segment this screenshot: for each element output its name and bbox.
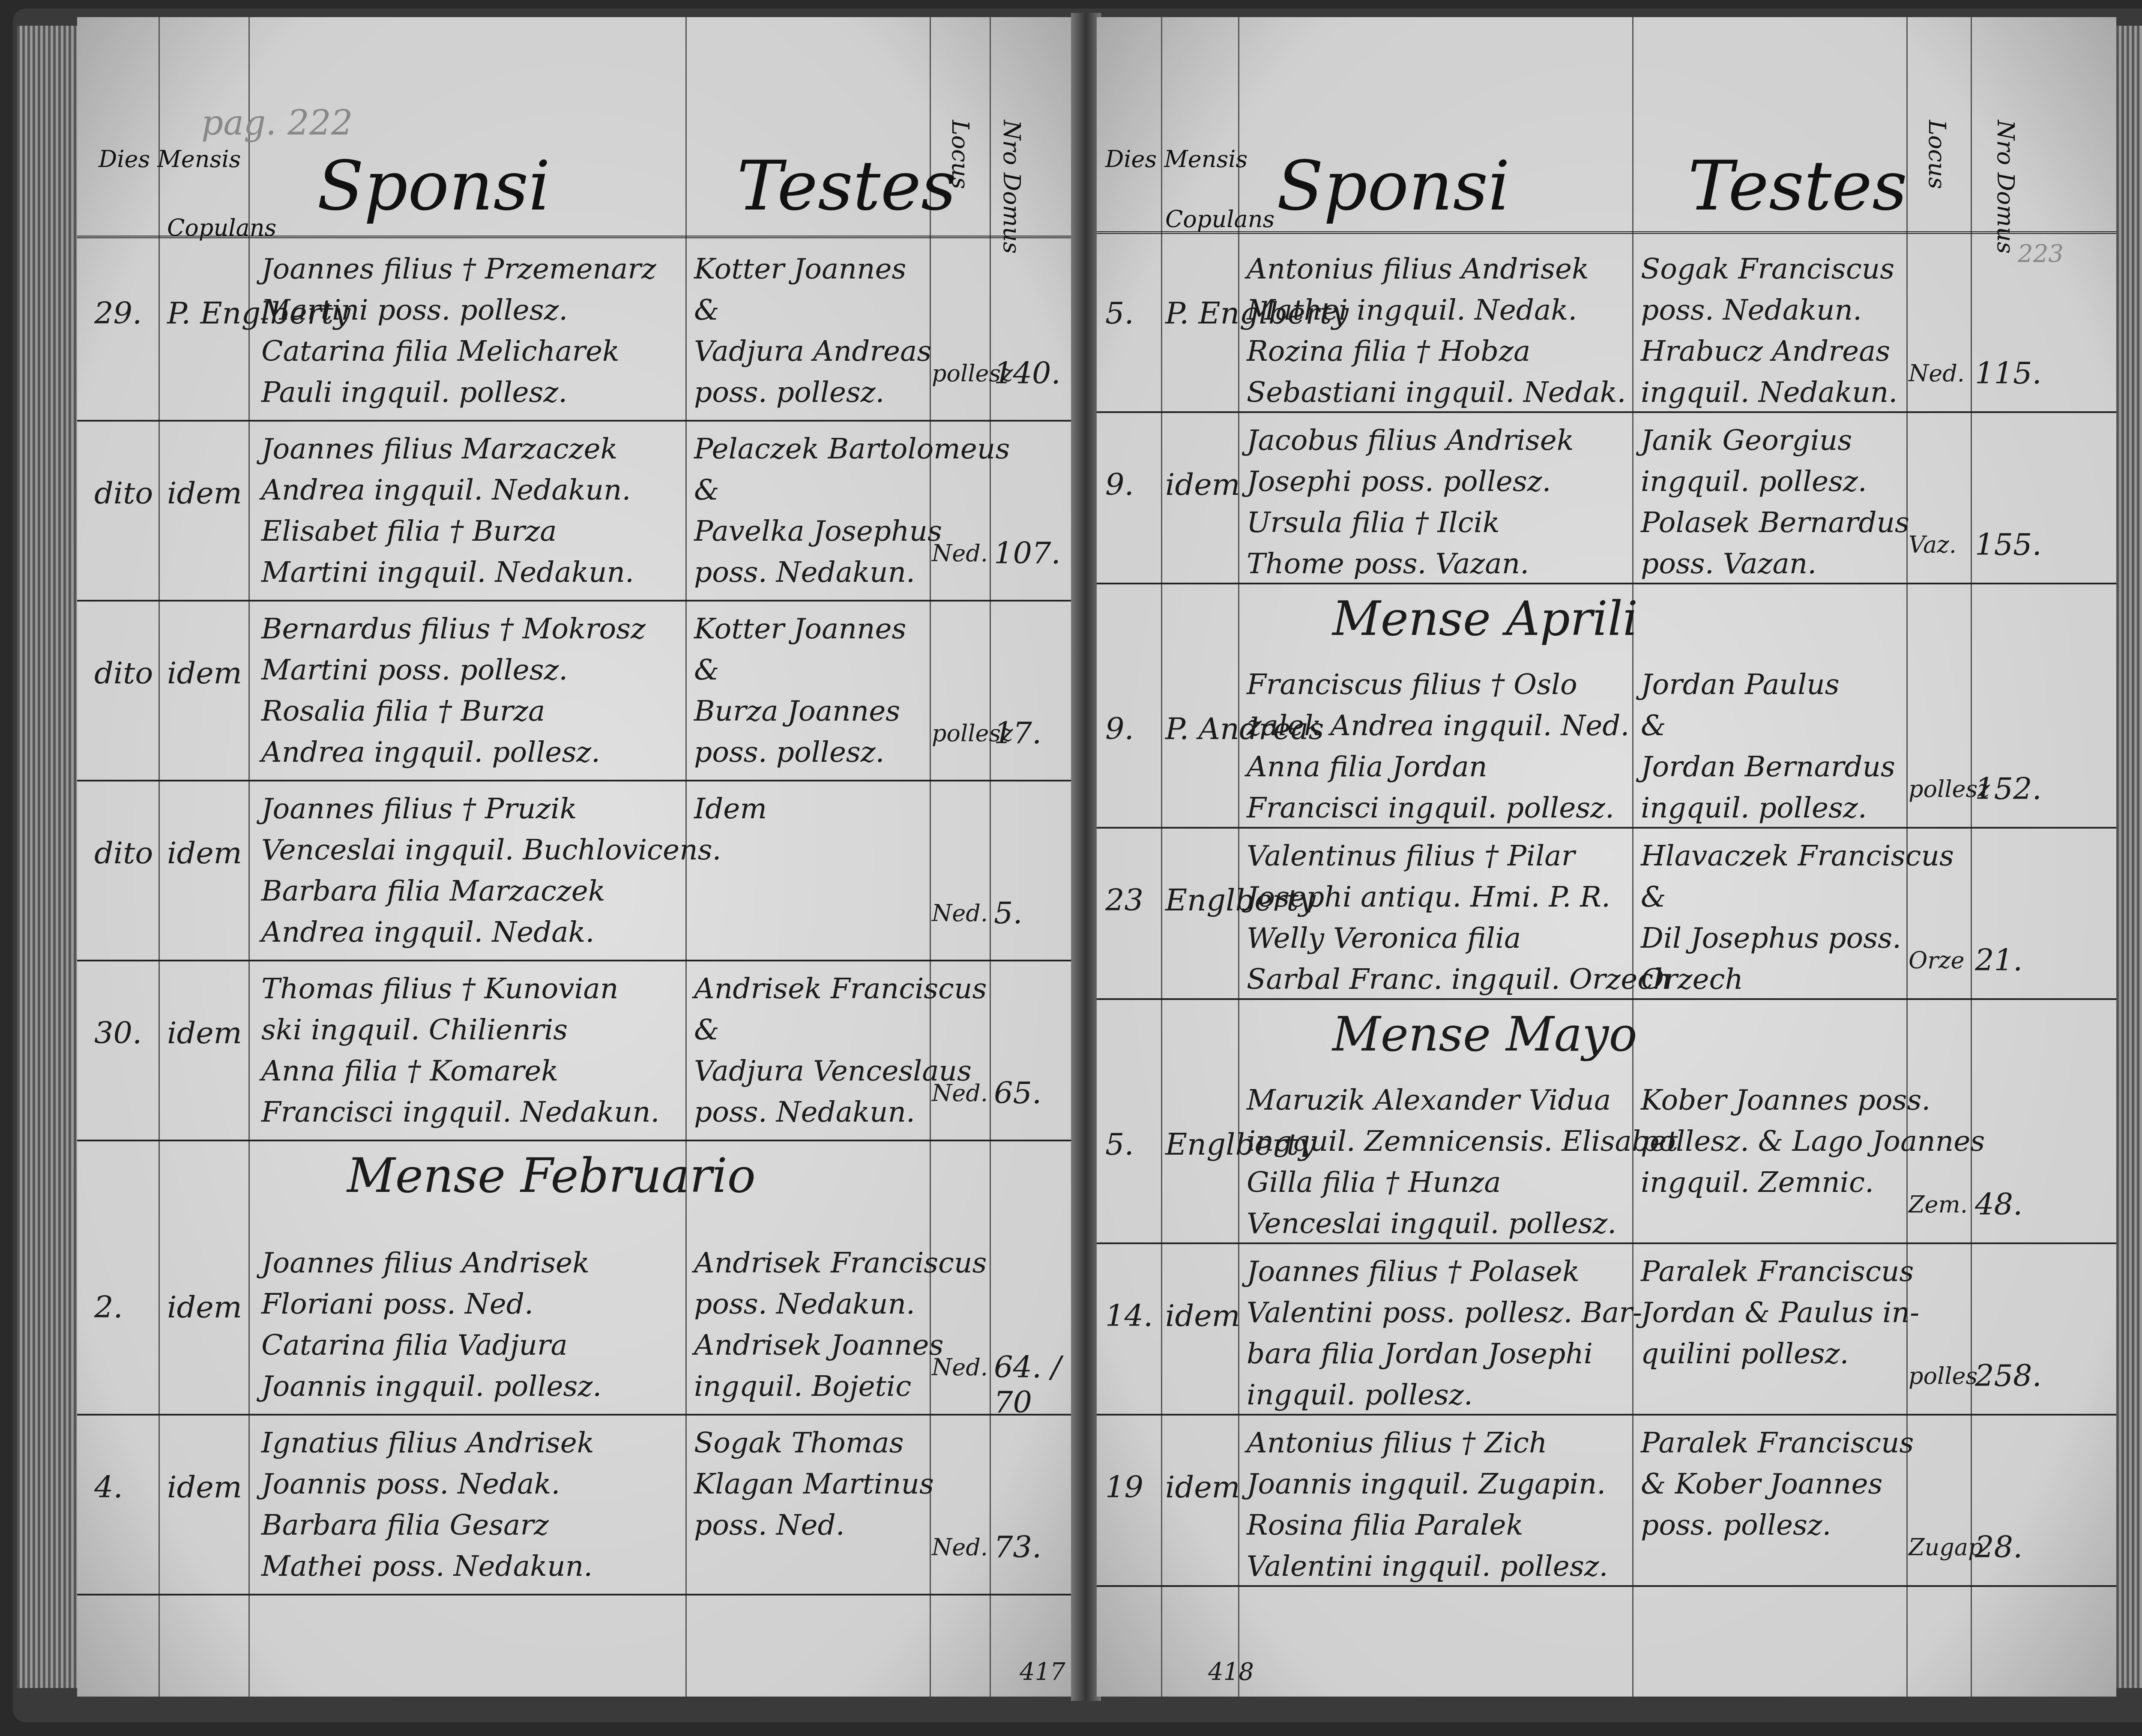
entry-locus: polles xyxy=(1909,1362,1977,1389)
entry-day: 2. xyxy=(94,1290,123,1325)
page-edges-left xyxy=(17,26,77,1688)
column-divider xyxy=(1971,17,1972,1697)
entry-locus: Ned. xyxy=(932,900,988,927)
entry-house-number: 21. xyxy=(1975,943,2022,978)
entry-separator xyxy=(1097,1414,2116,1416)
entry-sponsi: Valentinus filius † PilarJosephi antiqu.… xyxy=(1247,835,1672,1000)
header-sponsi: Sponsi xyxy=(317,146,550,226)
entry-day: 9. xyxy=(1105,467,1134,502)
column-divider xyxy=(159,17,160,1697)
header-dies-mensis: Dies Mensis xyxy=(1105,146,1248,173)
entry-testes: Andrisek Franciscusposs. Nedakun.Andrise… xyxy=(694,1242,987,1407)
entry-separator xyxy=(1097,1585,2116,1587)
entry-sponsi: Antonius filius † ZichJoannis ingquil. Z… xyxy=(1247,1422,1608,1587)
entry-day: 9. xyxy=(1105,711,1134,746)
entry-day: 14. xyxy=(1105,1298,1153,1333)
entry-sponsi: Thomas filius † Kunovianski ingquil. Chi… xyxy=(261,968,659,1133)
entry-sponsi: Joannes filius † PruzikVenceslai ingquil… xyxy=(261,788,721,953)
entry-sponsi: Franciscus filius † Oslozalek Andrea ing… xyxy=(1247,664,1629,829)
entry-separator xyxy=(77,960,1075,961)
header-rule xyxy=(77,236,1075,238)
month-header: Mense Februario xyxy=(347,1148,756,1203)
page-number: 418 xyxy=(1208,1658,1254,1686)
entry-sponsi: Bernardus filius † MokroszMartini poss. … xyxy=(261,608,646,773)
header-locus: Locus xyxy=(1924,120,1951,189)
entry-testes: Kober Joannes poss.pollesz. & Lago Joann… xyxy=(1641,1080,1985,1203)
entry-testes: Sogak Franciscusposs. Nedakun.Hrabucz An… xyxy=(1641,248,1897,413)
entry-copulans: idem xyxy=(167,655,242,691)
left-page: pag. 222 Dies Mensis Copulans Sponsi Tes… xyxy=(77,17,1075,1697)
entry-day: 30. xyxy=(94,1015,142,1051)
entry-house-number: 48. xyxy=(1975,1187,2022,1222)
header-copulans: Copulans xyxy=(1165,206,1274,233)
entry-day: 5. xyxy=(1105,296,1134,331)
entry-copulans: idem xyxy=(1165,1298,1240,1333)
entry-house-number: 5. xyxy=(994,895,1023,931)
entry-testes: Idem xyxy=(694,788,767,829)
entry-locus: Vaz. xyxy=(1909,531,1957,558)
entry-day: 19 xyxy=(1105,1470,1143,1505)
header-rule xyxy=(1097,231,2116,234)
entry-locus: Ned. xyxy=(932,1534,988,1561)
entry-testes: Jordan Paulus&Jordan Bernardusingquil. p… xyxy=(1641,664,1895,829)
pencil-page-note: pag. 222 xyxy=(201,103,353,143)
entry-testes: Paralek Franciscus& Kober Joannesposs. p… xyxy=(1641,1422,1914,1546)
right-page: 223 Dies Mensis Copulans Sponsi Testes L… xyxy=(1097,17,2116,1697)
entry-separator xyxy=(77,1414,1075,1416)
entry-house-number: 17. xyxy=(994,715,1041,751)
entry-day: 5. xyxy=(1105,1127,1134,1162)
entry-testes: Sogak ThomasKlagan Martinusposs. Ned. xyxy=(694,1422,934,1546)
header-testes: Testes xyxy=(1688,146,1907,226)
entry-locus: Ned. xyxy=(932,1354,988,1381)
header-sponsi: Sponsi xyxy=(1277,146,1510,226)
header-testes: Testes xyxy=(737,146,956,226)
entry-house-number: 155. xyxy=(1975,527,2042,562)
entry-separator xyxy=(1097,1242,2116,1244)
entry-house-number: 64. / 70 xyxy=(994,1350,1075,1420)
page-edges-right xyxy=(2116,26,2142,1688)
entry-day: dito xyxy=(94,476,153,511)
entry-separator xyxy=(77,1594,1075,1595)
entry-copulans: idem xyxy=(167,1290,242,1325)
entry-separator xyxy=(77,1140,1075,1141)
entry-separator xyxy=(1097,998,2116,1000)
entry-locus: Ned. xyxy=(1909,360,1965,387)
entry-separator xyxy=(1097,827,2116,829)
entry-day: 4. xyxy=(94,1470,123,1505)
entry-copulans: idem xyxy=(167,1470,242,1505)
entry-sponsi: Joannes filius † PrzemenarzMartini poss.… xyxy=(261,248,656,413)
month-header: Mense Aprili xyxy=(1332,591,1638,646)
entry-testes: Pelaczek Bartolomeus&Pavelka Josephuspos… xyxy=(694,428,1010,593)
entry-testes: Paralek FranciscusJordan & Paulus in-qui… xyxy=(1641,1251,1919,1374)
entry-testes: Hlavaczek Franciscus&Dil Josephus poss.O… xyxy=(1641,835,1954,1000)
entry-house-number: 115. xyxy=(1975,356,2042,391)
entry-copulans: idem xyxy=(167,1015,242,1051)
entry-separator xyxy=(77,780,1075,781)
entry-copulans: idem xyxy=(167,476,242,511)
pencil-page-note: 223 xyxy=(2018,240,2064,268)
column-divider xyxy=(1161,17,1162,1697)
entry-testes: Kotter Joannes&Burza Joannesposs. polles… xyxy=(694,608,906,773)
entry-copulans: idem xyxy=(1165,1470,1240,1505)
column-divider xyxy=(248,17,250,1697)
entry-sponsi: Ignatius filius AndrisekJoannis poss. Ne… xyxy=(261,1422,594,1587)
entry-house-number: 152. xyxy=(1975,771,2042,806)
entry-sponsi: Joannes filius MarzaczekAndrea ingquil. … xyxy=(261,428,634,593)
entry-locus: Zem. xyxy=(1909,1191,1968,1218)
entry-testes: Andrisek Franciscus&Vadjura Venceslauspo… xyxy=(694,968,987,1133)
entry-copulans: idem xyxy=(1165,467,1240,502)
entry-locus: Orze xyxy=(1909,947,1965,974)
entry-testes: Kotter Joannes&Vadjura Andreasposs. poll… xyxy=(694,248,931,413)
entry-sponsi: Joannes filius AndrisekFloriani poss. Ne… xyxy=(261,1242,601,1407)
entry-separator xyxy=(1097,411,2116,413)
entry-separator xyxy=(77,600,1075,602)
entry-house-number: 28. xyxy=(1975,1529,2022,1565)
header-nro-domus: Nro Domus xyxy=(998,120,1025,254)
entry-house-number: 140. xyxy=(994,356,1061,391)
entry-copulans: idem xyxy=(167,835,242,871)
entry-day: dito xyxy=(94,655,153,691)
entry-sponsi: Jacobus filius AndrisekJosephi poss. pol… xyxy=(1247,420,1574,584)
entry-sponsi: Antonius filius AndrisekMathei ingquil. … xyxy=(1247,248,1626,413)
column-divider xyxy=(990,17,991,1697)
entry-house-number: 65. xyxy=(994,1075,1041,1110)
entry-separator xyxy=(77,420,1075,422)
entry-separator xyxy=(1097,583,2116,584)
entry-testes: Janik Georgiusingquil. pollesz.Polasek B… xyxy=(1641,420,1909,584)
page-number: 417 xyxy=(1020,1658,1065,1686)
entry-locus: Ned. xyxy=(932,540,988,567)
entry-sponsi: Maruzik Alexander Viduaingquil. Zemnicen… xyxy=(1247,1080,1678,1244)
entry-day: 29. xyxy=(94,296,142,331)
header-locus: Locus xyxy=(947,120,974,189)
entry-sponsi: Joannes filius † PolasekValentini poss. … xyxy=(1247,1251,1642,1416)
header-dies-mensis: Dies Mensis xyxy=(99,146,241,173)
entry-locus: Zugap xyxy=(1909,1534,1983,1561)
entry-day: dito xyxy=(94,835,153,871)
entry-locus: Ned. xyxy=(932,1080,988,1107)
entry-house-number: 73. xyxy=(994,1529,1041,1565)
entry-house-number: 107. xyxy=(994,536,1061,571)
entry-day: 23 xyxy=(1105,883,1143,918)
month-header: Mense Mayo xyxy=(1332,1007,1637,1062)
entry-house-number: 258. xyxy=(1975,1358,2042,1393)
column-divider xyxy=(1238,17,1239,1697)
